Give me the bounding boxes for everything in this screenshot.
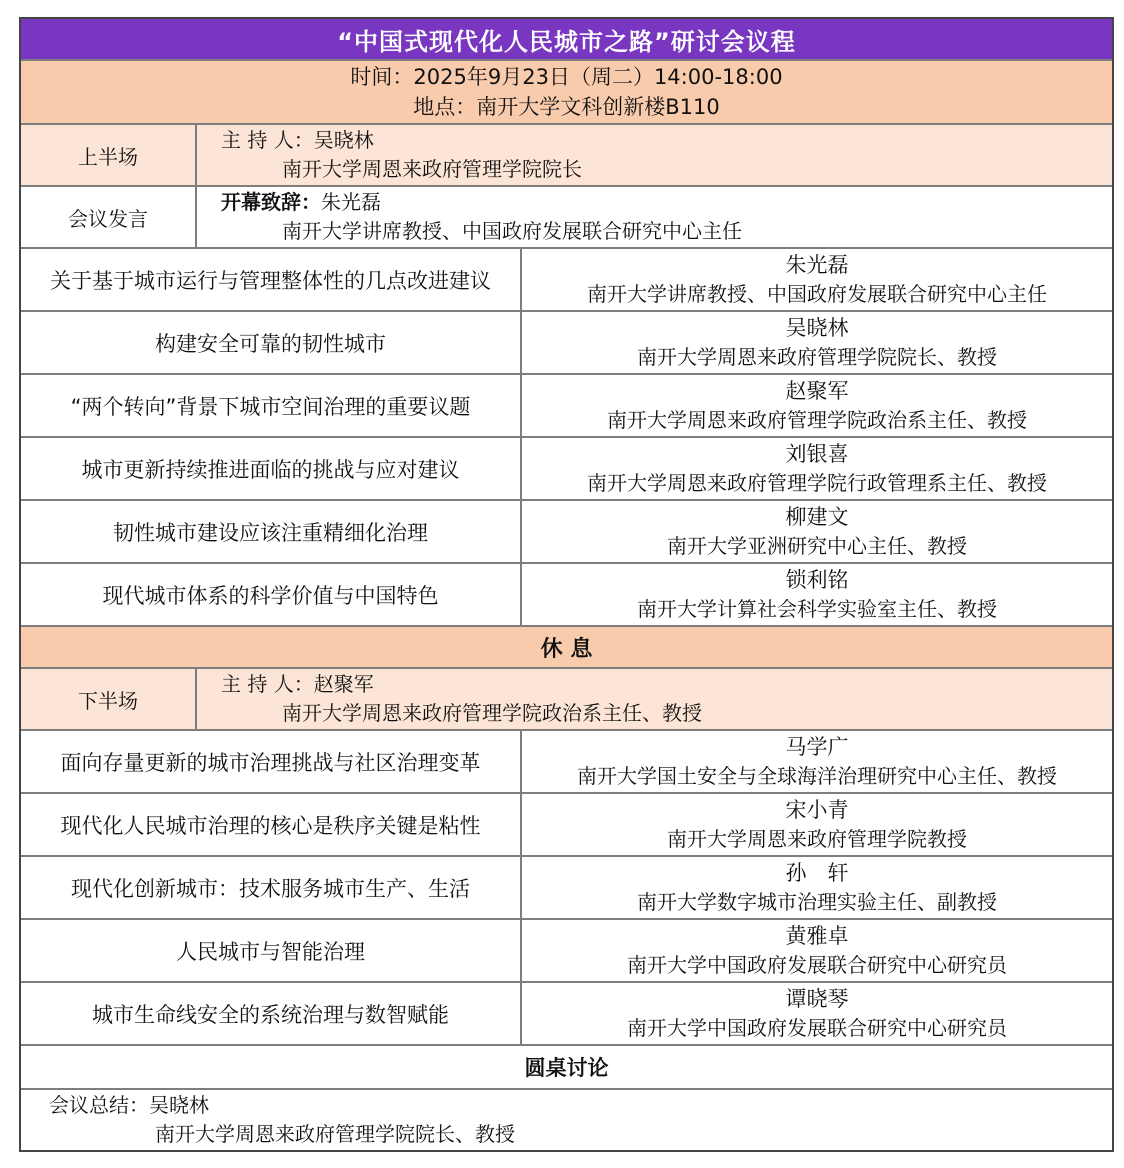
session-row-second-half: 下半场 主 持 人：赵聚军 南开大学周恩来政府管理学院政治系主任、教授 xyxy=(21,667,1112,729)
table-row: 面向存量更新的城市治理挑战与社区治理变革 马学广 南开大学国土安全与全球海洋治理… xyxy=(21,729,1112,792)
talk-speaker: 宋小青 南开大学周恩来政府管理学院教授 xyxy=(522,794,1112,855)
talk-topic: 城市更新持续推进面临的挑战与应对建议 xyxy=(21,438,522,499)
speaker-affiliation: 南开大学国土安全与全球海洋治理研究中心主任、教授 xyxy=(577,762,1057,791)
speaker-name: 吴晓林 xyxy=(786,314,849,343)
host-title-line: 南开大学周恩来政府管理学院政治系主任、教授 xyxy=(221,699,1112,728)
talk-speaker: 朱光磊 南开大学讲席教授、中国政府发展联合研究中心主任 xyxy=(522,249,1112,310)
summary-row: 会议总结：吴晓林 南开大学周恩来政府管理学院院长、教授 xyxy=(21,1088,1112,1150)
host-name-line: 主 持 人：吴晓林 xyxy=(221,126,1112,155)
speech-title-line: 南开大学讲席教授、中国政府发展联合研究中心主任 xyxy=(221,217,1112,246)
talk-speaker: 吴晓林 南开大学周恩来政府管理学院院长、教授 xyxy=(522,312,1112,373)
speech-label: 会议发言 xyxy=(21,187,197,247)
page-title: “中国式现代化人民城市之路”研讨会议程 xyxy=(21,19,1112,59)
talk-topic: 关于基于城市运行与管理整体性的几点改进建议 xyxy=(21,249,522,310)
table-row: 构建安全可靠的韧性城市 吴晓林 南开大学周恩来政府管理学院院长、教授 xyxy=(21,310,1112,373)
session-label: 下半场 xyxy=(21,669,197,729)
table-row: 现代化创新城市：技术服务城市生产、生活 孙 轩 南开大学数字城市治理实验主任、副… xyxy=(21,855,1112,918)
talk-speaker: 赵聚军 南开大学周恩来政府管理学院政治系主任、教授 xyxy=(522,375,1112,436)
speech-cell: 开幕致辞：朱光磊 南开大学讲席教授、中国政府发展联合研究中心主任 xyxy=(197,187,1112,247)
talk-topic: 现代化人民城市治理的核心是秩序关键是粘性 xyxy=(21,794,522,855)
table-row: 关于基于城市运行与管理整体性的几点改进建议 朱光磊 南开大学讲席教授、中国政府发… xyxy=(21,247,1112,310)
speech-prefix: 开幕致辞： xyxy=(221,190,321,214)
host-name-line: 主 持 人：赵聚军 xyxy=(221,670,1112,699)
roundtable-row: 圆桌讨论 xyxy=(21,1044,1112,1088)
talk-topic: 人民城市与智能治理 xyxy=(21,920,522,981)
table-row: “两个转向”背景下城市空间治理的重要议题 赵聚军 南开大学周恩来政府管理学院政治… xyxy=(21,373,1112,436)
speaker-name: 锁利铭 xyxy=(786,566,849,595)
speaker-name: 孙 轩 xyxy=(786,859,849,888)
speaker-affiliation: 南开大学周恩来政府管理学院教授 xyxy=(667,825,967,854)
meeting-info-row: 时间：2025年9月23日（周二）14:00-18:00 地点：南开大学文科创新… xyxy=(21,59,1112,123)
session-label: 上半场 xyxy=(21,125,197,185)
talk-topic: “两个转向”背景下城市空间治理的重要议题 xyxy=(21,375,522,436)
break-row: 休 息 xyxy=(21,625,1112,667)
summary-title-line: 南开大学周恩来政府管理学院院长、教授 xyxy=(21,1120,1112,1149)
talk-speaker: 孙 轩 南开大学数字城市治理实验主任、副教授 xyxy=(522,857,1112,918)
summary-name-line: 会议总结：吴晓林 xyxy=(21,1091,1112,1120)
table-row: 现代城市体系的科学价值与中国特色 锁利铭 南开大学计算社会科学实验室主任、教授 xyxy=(21,562,1112,625)
speaker-name: 谭晓琴 xyxy=(786,985,849,1014)
speaker-name: 黄雅卓 xyxy=(786,922,849,951)
speaker-name: 宋小青 xyxy=(786,796,849,825)
speaker-affiliation: 南开大学讲席教授、中国政府发展联合研究中心主任 xyxy=(587,280,1047,309)
speech-name-line: 开幕致辞：朱光磊 xyxy=(221,188,1112,217)
host-title-line: 南开大学周恩来政府管理学院院长 xyxy=(221,155,1112,184)
speaker-name: 马学广 xyxy=(786,733,849,762)
talk-speaker: 马学广 南开大学国土安全与全球海洋治理研究中心主任、教授 xyxy=(522,731,1112,792)
talk-topic: 构建安全可靠的韧性城市 xyxy=(21,312,522,373)
table-row: 城市更新持续推进面临的挑战与应对建议 刘银喜 南开大学周恩来政府管理学院行政管理… xyxy=(21,436,1112,499)
speaker-affiliation: 南开大学中国政府发展联合研究中心研究员 xyxy=(627,1014,1007,1043)
session-host-cell: 主 持 人：吴晓林 南开大学周恩来政府管理学院院长 xyxy=(197,125,1112,185)
speaker-affiliation: 南开大学中国政府发展联合研究中心研究员 xyxy=(627,951,1007,980)
table-row: 现代化人民城市治理的核心是秩序关键是粘性 宋小青 南开大学周恩来政府管理学院教授 xyxy=(21,792,1112,855)
speaker-affiliation: 南开大学计算社会科学实验室主任、教授 xyxy=(637,595,997,624)
talk-topic: 城市生命线安全的系统治理与数智赋能 xyxy=(21,983,522,1044)
speaker-affiliation: 南开大学周恩来政府管理学院行政管理系主任、教授 xyxy=(587,469,1047,498)
talk-topic: 面向存量更新的城市治理挑战与社区治理变革 xyxy=(21,731,522,792)
speaker-affiliation: 南开大学周恩来政府管理学院政治系主任、教授 xyxy=(607,406,1027,435)
session-row-first-half: 上半场 主 持 人：吴晓林 南开大学周恩来政府管理学院院长 xyxy=(21,123,1112,185)
meeting-time: 时间：2025年9月23日（周二）14:00-18:00 xyxy=(350,62,782,92)
talk-topic: 现代城市体系的科学价值与中国特色 xyxy=(21,564,522,625)
talk-speaker: 柳建文 南开大学亚洲研究中心主任、教授 xyxy=(522,501,1112,562)
talk-topic: 韧性城市建设应该注重精细化治理 xyxy=(21,501,522,562)
speaker-affiliation: 南开大学亚洲研究中心主任、教授 xyxy=(667,532,967,561)
speaker-name: 赵聚军 xyxy=(786,377,849,406)
meeting-place: 地点：南开大学文科创新楼B110 xyxy=(413,92,720,122)
table-row: 人民城市与智能治理 黄雅卓 南开大学中国政府发展联合研究中心研究员 xyxy=(21,918,1112,981)
talk-topic: 现代化创新城市：技术服务城市生产、生活 xyxy=(21,857,522,918)
talk-speaker: 锁利铭 南开大学计算社会科学实验室主任、教授 xyxy=(522,564,1112,625)
speaker-name: 朱光磊 xyxy=(786,251,849,280)
opening-speech-row: 会议发言 开幕致辞：朱光磊 南开大学讲席教授、中国政府发展联合研究中心主任 xyxy=(21,185,1112,247)
table-row: 城市生命线安全的系统治理与数智赋能 谭晓琴 南开大学中国政府发展联合研究中心研究… xyxy=(21,981,1112,1044)
talk-speaker: 黄雅卓 南开大学中国政府发展联合研究中心研究员 xyxy=(522,920,1112,981)
speech-speaker: 朱光磊 xyxy=(321,190,381,214)
speaker-name: 柳建文 xyxy=(786,503,849,532)
table-row: 韧性城市建设应该注重精细化治理 柳建文 南开大学亚洲研究中心主任、教授 xyxy=(21,499,1112,562)
speaker-name: 刘银喜 xyxy=(786,440,849,469)
speaker-affiliation: 南开大学周恩来政府管理学院院长、教授 xyxy=(637,343,997,372)
talk-speaker: 谭晓琴 南开大学中国政府发展联合研究中心研究员 xyxy=(522,983,1112,1044)
speaker-affiliation: 南开大学数字城市治理实验主任、副教授 xyxy=(637,888,997,917)
agenda-table: “中国式现代化人民城市之路”研讨会议程 时间：2025年9月23日（周二）14:… xyxy=(19,17,1114,1152)
session-host-cell: 主 持 人：赵聚军 南开大学周恩来政府管理学院政治系主任、教授 xyxy=(197,669,1112,729)
talk-speaker: 刘银喜 南开大学周恩来政府管理学院行政管理系主任、教授 xyxy=(522,438,1112,499)
